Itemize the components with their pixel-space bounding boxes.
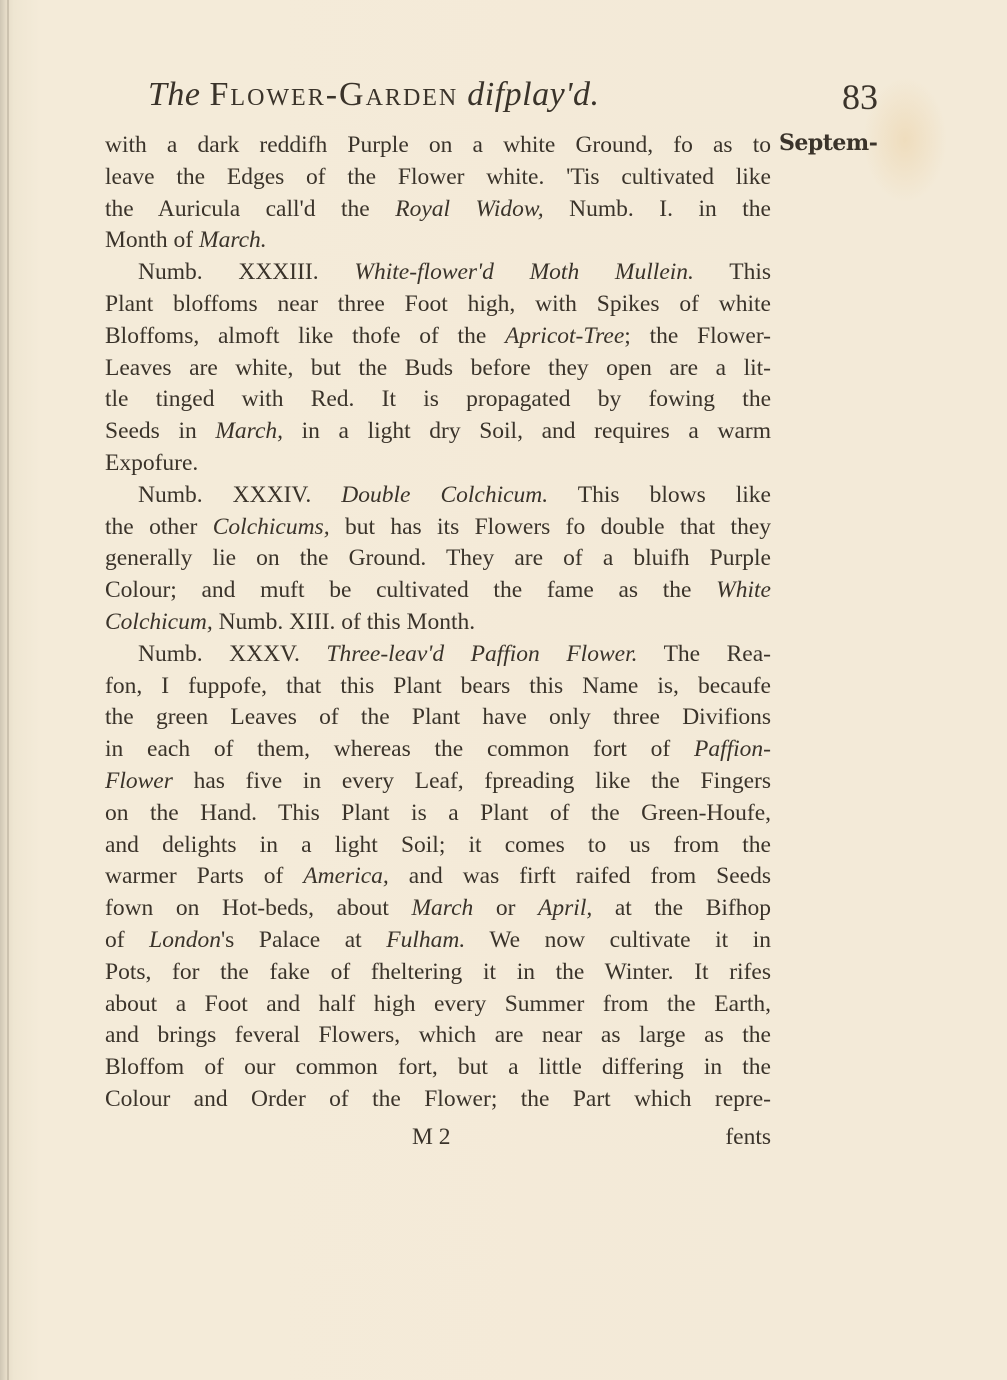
italic-term: Colchicum, bbox=[105, 609, 213, 635]
text-line: the green Leaves of the Plant have only … bbox=[105, 702, 771, 734]
text-segment: or bbox=[473, 895, 538, 921]
text-segment: 's Palace at bbox=[221, 927, 386, 953]
page-footer: M 2 fents bbox=[105, 1124, 771, 1156]
text-segment: Expofure. bbox=[105, 450, 198, 476]
text-line: about a Foot and half high every Summer … bbox=[105, 989, 771, 1021]
text-line: Numb. XXXIV. Double Colchicum. This blow… bbox=[105, 480, 771, 512]
italic-term: America, bbox=[303, 863, 389, 889]
text-segment: Colour and Order of the Flower; the Part… bbox=[105, 1086, 771, 1112]
text-line: fon, I fuppofe, that this Plant bears th… bbox=[105, 671, 771, 703]
italic-term: April, bbox=[538, 895, 592, 921]
text-segment: The Rea- bbox=[637, 641, 771, 667]
italic-term: White bbox=[716, 577, 771, 603]
text-line: and brings feveral Flowers, which are ne… bbox=[105, 1020, 771, 1052]
text-line: Seeds in March, in a light dry Soil, and… bbox=[105, 416, 771, 448]
text-line: Numb. XXXV. Three-leav'd Paffion Flower.… bbox=[105, 639, 771, 671]
italic-term: March. bbox=[199, 227, 267, 253]
text-segment: This blows like bbox=[548, 482, 771, 508]
text-segment: Numb. XXXIV. bbox=[138, 482, 341, 508]
text-segment: Pots, for the fake of fheltering it in t… bbox=[105, 959, 771, 985]
text-line: in each of them, whereas the common fort… bbox=[105, 734, 771, 766]
text-segment: has five in every Leaf, fpreading like t… bbox=[173, 768, 771, 794]
italic-term: Fulham. bbox=[386, 927, 465, 953]
text-segment: the green Leaves of the Plant have only … bbox=[105, 704, 771, 730]
page-gutter-edge bbox=[7, 0, 9, 1380]
italic-term: Three-leav'd Paffion Flower. bbox=[326, 641, 637, 667]
text-segment: in a light dry Soil, and requires a warm bbox=[283, 418, 771, 444]
italic-term: Royal Widow, bbox=[395, 196, 543, 222]
text-segment: with a dark reddifh Purple on a white Gr… bbox=[105, 132, 771, 158]
body-text: with a dark reddifh Purple on a white Gr… bbox=[105, 130, 771, 1116]
running-title-displayd: difplay'd. bbox=[467, 76, 599, 113]
text-line: and delights in a light Soil; it comes t… bbox=[105, 830, 771, 862]
text-segment: about a Foot and half high every Summer … bbox=[105, 991, 771, 1017]
text-line: Flower has five in every Leaf, fpreading… bbox=[105, 766, 771, 798]
text-line: Colour; and muft be cultivated the fame … bbox=[105, 575, 771, 607]
text-segment: and brings feveral Flowers, which are ne… bbox=[105, 1022, 771, 1048]
text-segment: Numb. XIII. of this Month. bbox=[213, 609, 475, 635]
text-line: tle tinged with Red. It is propagated by… bbox=[105, 384, 771, 416]
text-line: Pots, for the fake of fheltering it in t… bbox=[105, 957, 771, 989]
margin-note-month: Septem- bbox=[779, 130, 877, 156]
text-segment: fon, I fuppofe, that this Plant bears th… bbox=[105, 673, 771, 699]
text-line: the Auricula call'd the Royal Widow, Num… bbox=[105, 194, 771, 226]
text-line: of London's Palace at Fulham. We now cul… bbox=[105, 925, 771, 957]
text-line: leave the Edges of the Flower white. 'Ti… bbox=[105, 162, 771, 194]
text-line: Leaves are white, but the Buds before th… bbox=[105, 353, 771, 385]
italic-term: Double Colchicum. bbox=[341, 482, 548, 508]
text-segment: Numb. XXXV. bbox=[138, 641, 326, 667]
text-segment: tle tinged with Red. It is propagated by… bbox=[105, 386, 771, 412]
text-segment: the other bbox=[105, 514, 213, 540]
text-line: Bloffom of our common fort, but a little… bbox=[105, 1052, 771, 1084]
catchword: fents bbox=[725, 1124, 771, 1151]
text-segment: fown on Hot-beds, about bbox=[105, 895, 411, 921]
text-segment: Numb. XXXIII. bbox=[138, 259, 354, 285]
running-title-the: The bbox=[148, 76, 201, 113]
text-segment: and was firft raifed from Seeds bbox=[389, 863, 771, 889]
italic-term: Paffion- bbox=[694, 736, 771, 762]
italic-term: White-flower'd Moth Mullein. bbox=[354, 259, 694, 285]
text-segment: Colour; and muft be cultivated the fame … bbox=[105, 577, 716, 603]
text-segment: Bloffom of our common fort, but a little… bbox=[105, 1054, 771, 1080]
italic-term: Flower bbox=[105, 768, 173, 794]
text-segment: on the Hand. This Plant is a Plant of th… bbox=[105, 800, 771, 826]
running-title: The Flower-Garden difplay'd. bbox=[148, 76, 599, 114]
italic-term: March, bbox=[215, 418, 283, 444]
text-segment: Leaves are white, but the Buds before th… bbox=[105, 355, 771, 381]
text-segment: leave the Edges of the Flower white. 'Ti… bbox=[105, 164, 771, 190]
text-segment: in each of them, whereas the common fort… bbox=[105, 736, 694, 762]
text-line: warmer Parts of America, and was firft r… bbox=[105, 861, 771, 893]
text-line: with a dark reddifh Purple on a white Gr… bbox=[105, 130, 771, 162]
signature-mark: M 2 bbox=[412, 1124, 451, 1151]
text-line: Bloffoms, almoft like thofe of the Apric… bbox=[105, 321, 771, 353]
page-number: 83 bbox=[842, 76, 878, 118]
italic-term: London bbox=[149, 927, 221, 953]
text-line: on the Hand. This Plant is a Plant of th… bbox=[105, 798, 771, 830]
text-line: Month of March. bbox=[105, 225, 771, 257]
text-line: fown on Hot-beds, about March or April, … bbox=[105, 893, 771, 925]
text-segment: the Auricula call'd the bbox=[105, 196, 395, 222]
text-segment: generally lie on the Ground. They are of… bbox=[105, 545, 771, 571]
italic-term: Colchicums, bbox=[213, 514, 330, 540]
text-line: Expofure. bbox=[105, 448, 771, 480]
text-segment: at the Bifhop bbox=[592, 895, 771, 921]
text-segment: Plant bloffoms near three Foot high, wit… bbox=[105, 291, 771, 317]
text-segment: ; the Flower- bbox=[624, 323, 771, 349]
book-page: The Flower-Garden difplay'd. 83 Septem- … bbox=[0, 0, 1007, 1380]
text-segment: This bbox=[694, 259, 771, 285]
text-segment: Numb. I. in the bbox=[544, 196, 771, 222]
text-line: generally lie on the Ground. They are of… bbox=[105, 543, 771, 575]
text-line: Plant bloffoms near three Foot high, wit… bbox=[105, 289, 771, 321]
italic-term: Apricot-Tree bbox=[505, 323, 624, 349]
text-line: the other Colchicums, but has its Flower… bbox=[105, 512, 771, 544]
text-segment: We now cultivate it in bbox=[465, 927, 771, 953]
text-segment: Bloffoms, almoft like thofe of the bbox=[105, 323, 505, 349]
running-title-main: Flower-Garden bbox=[210, 76, 459, 113]
text-segment: but has its Flowers fo double that they bbox=[330, 514, 771, 540]
text-segment: Month of bbox=[105, 227, 199, 253]
italic-term: March bbox=[411, 895, 473, 921]
text-line: Colchicum, Numb. XIII. of this Month. bbox=[105, 607, 771, 639]
running-header: The Flower-Garden difplay'd. 83 bbox=[148, 76, 878, 124]
text-segment: and delights in a light Soil; it comes t… bbox=[105, 832, 771, 858]
text-segment: warmer Parts of bbox=[105, 863, 303, 889]
text-line: Colour and Order of the Flower; the Part… bbox=[105, 1084, 771, 1116]
text-line: Numb. XXXIII. White-flower'd Moth Mullei… bbox=[105, 257, 771, 289]
text-segment: Seeds in bbox=[105, 418, 215, 444]
text-segment: of bbox=[105, 927, 149, 953]
